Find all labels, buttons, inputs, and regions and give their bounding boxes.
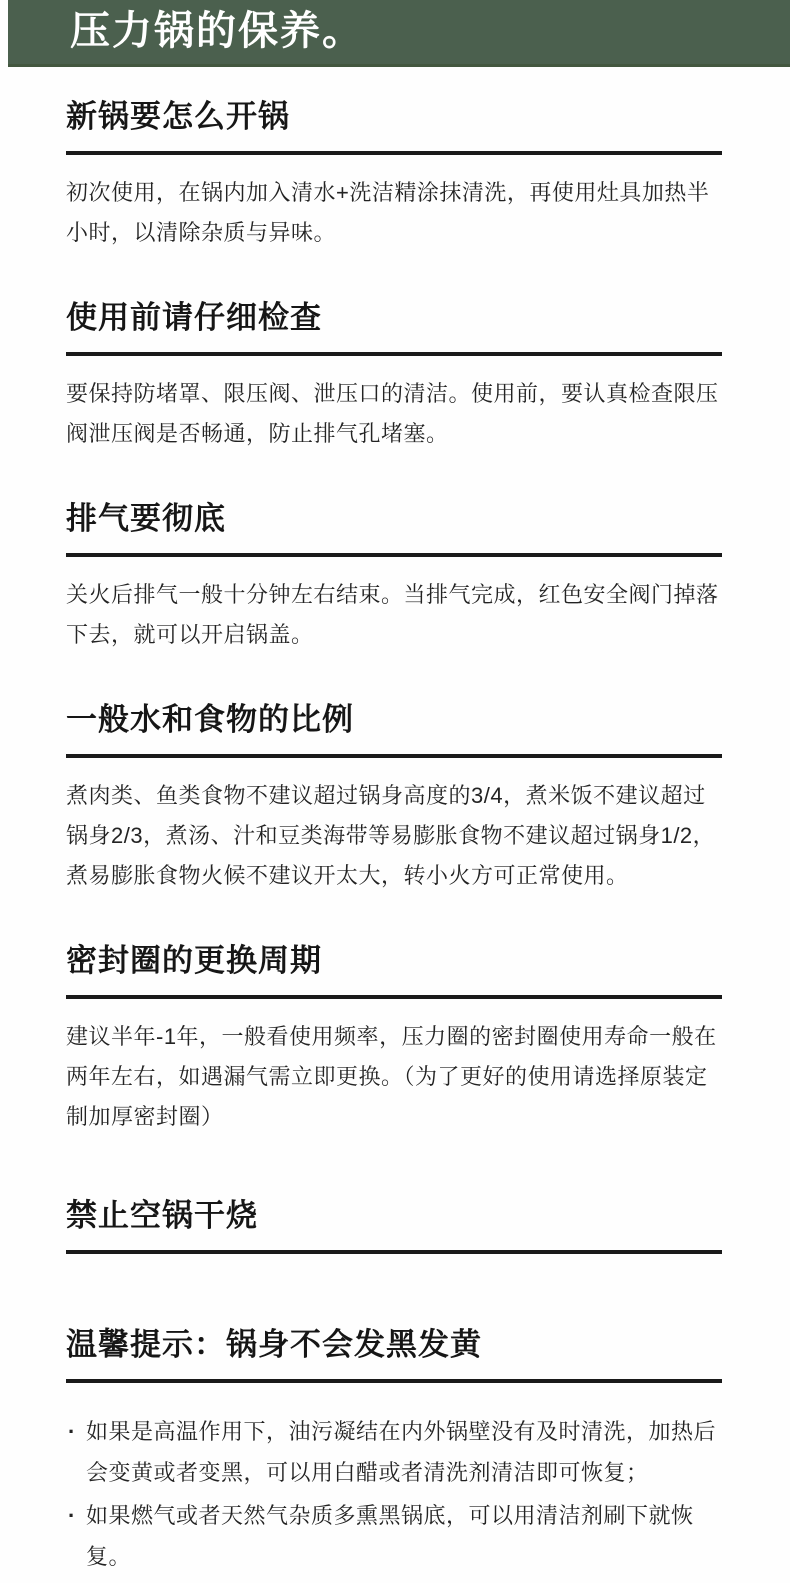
section-body: 初次使用，在锅内加入清水+洗洁精涂抹清洗，再使用灶具加热半小时，以清除杂质与异味… (66, 173, 722, 253)
heading-rule (66, 553, 722, 557)
heading-rule (66, 1379, 722, 1383)
section-body: 关火后排气一般十分钟左右结束。当排气完成，红色安全阀门掉落下去，就可以开启锅盖。 (66, 575, 722, 655)
section-seasoning-new-pot: 新锅要怎么开锅 初次使用，在锅内加入清水+洗洁精涂抹清洗，再使用灶具加热半小时，… (66, 98, 722, 253)
section-heading: 一般水和食物的比例 (66, 701, 722, 739)
heading-rule (66, 754, 722, 758)
section-body: 煮肉类、鱼类食物不建议超过锅身高度的3/4，煮米饭不建议超过锅身2/3，煮汤、汁… (66, 776, 722, 896)
tips-bullet-list: · 如果是高温作用下，油污凝结在内外锅壁没有及时清洗，加热后会变黄或者变黑，可以… (66, 1411, 722, 1577)
page-title: 压力锅的保养。 (8, 11, 364, 51)
section-vent-thoroughly: 排气要彻底 关火后排气一般十分钟左右结束。当排气完成，红色安全阀门掉落下去，就可… (66, 500, 722, 655)
section-body: 建议半年-1年，一般看使用频率，压力圈的密封圈使用寿命一般在两年左右，如遇漏气需… (66, 1017, 722, 1137)
section-body: 要保持防堵罩、限压阀、泄压口的清洁。使用前，要认真检查限压阀泄压阀是否畅通，防止… (66, 374, 722, 454)
heading-rule (66, 995, 722, 999)
bullet-item: · 如果燃气或者天然气杂质多熏黑锅底，可以用清洁剂刷下就恢复。 (66, 1495, 722, 1577)
bullet-item: · 如果是高温作用下，油污凝结在内外锅壁没有及时清洗，加热后会变黄或者变黑，可以… (66, 1411, 722, 1493)
section-check-before-use: 使用前请仔细检查 要保持防堵罩、限压阀、泄压口的清洁。使用前，要认真检查限压阀泄… (66, 299, 722, 454)
section-heading: 使用前请仔细检查 (66, 299, 722, 337)
section-heading: 排气要彻底 (66, 500, 722, 538)
section-water-food-ratio: 一般水和食物的比例 煮肉类、鱼类食物不建议超过锅身高度的3/4，煮米饭不建议超过… (66, 701, 722, 896)
bullet-dot-icon: · (68, 1411, 76, 1452)
section-no-dry-burning: 禁止空锅干烧 (66, 1197, 722, 1254)
document-content: 新锅要怎么开锅 初次使用，在锅内加入清水+洗洁精涂抹清洗，再使用灶具加热半小时，… (66, 98, 722, 1577)
section-heading: 密封圈的更换周期 (66, 942, 722, 980)
section-heading: 新锅要怎么开锅 (66, 98, 722, 136)
section-heading: 禁止空锅干烧 (66, 1197, 722, 1235)
heading-rule (66, 151, 722, 155)
section-warm-tips: 温馨提示：锅身不会发黑发黄 · 如果是高温作用下，油污凝结在内外锅壁没有及时清洗… (66, 1326, 722, 1577)
heading-rule (66, 352, 722, 356)
heading-rule (66, 1250, 722, 1254)
title-banner: 压力锅的保养。 (8, 0, 790, 67)
section-sealing-ring-replacement: 密封圈的更换周期 建议半年-1年，一般看使用频率，压力圈的密封圈使用寿命一般在两… (66, 942, 722, 1137)
section-heading: 温馨提示：锅身不会发黑发黄 (66, 1326, 722, 1364)
bullet-dot-icon: · (68, 1495, 76, 1536)
bullet-text: 如果燃气或者天然气杂质多熏黑锅底，可以用清洁剂刷下就恢复。 (86, 1503, 694, 1569)
bullet-text: 如果是高温作用下，油污凝结在内外锅壁没有及时清洗，加热后会变黄或者变黑，可以用白… (86, 1419, 716, 1485)
